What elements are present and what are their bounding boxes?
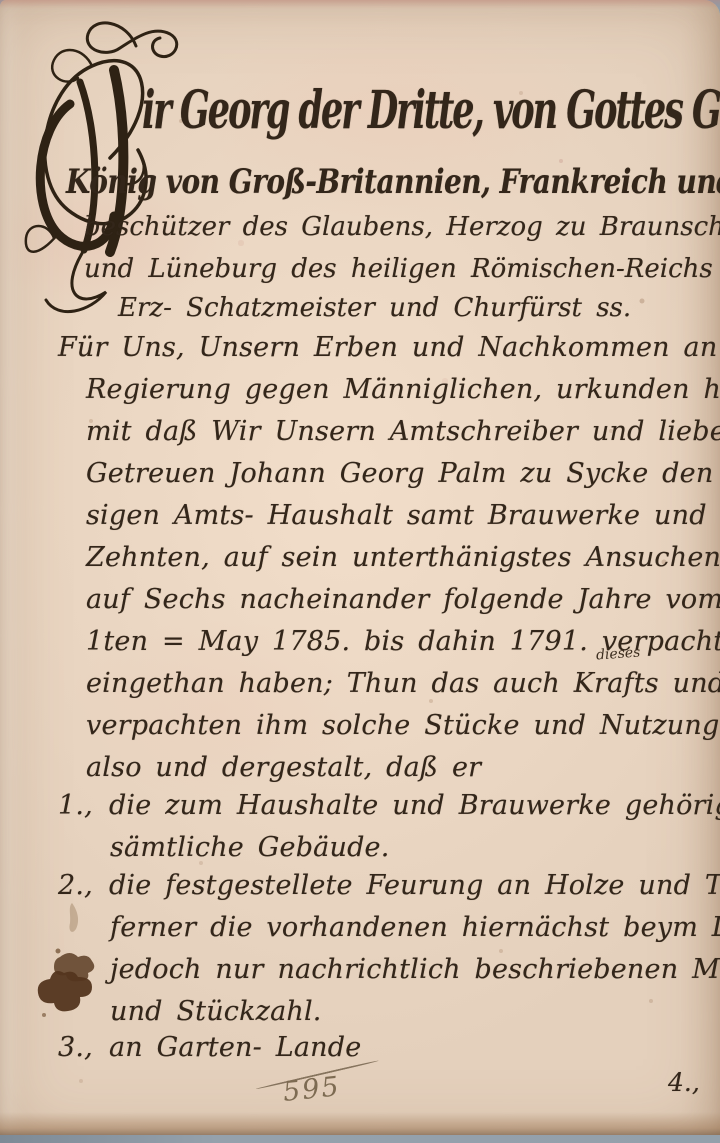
body-line: auf Sechs nacheinander folgende Jahre vo… bbox=[86, 584, 720, 615]
body-line: also und dergestalt, daß er bbox=[86, 752, 481, 783]
list-item-line: und Stückzahl. bbox=[110, 996, 322, 1027]
list-number: 1., bbox=[58, 790, 93, 821]
manuscript-page: ir Georg der Dritte, von Gottes Gnaden K… bbox=[0, 0, 720, 1143]
body-line: Für Uns, Unsern Erben und Nachkommen an … bbox=[58, 332, 720, 363]
subtitle-line: Erz- Schatzmeister und Churfürst ss. bbox=[118, 293, 631, 323]
subtitle-line: König von Groß-Britannien, Frankreich un… bbox=[66, 162, 720, 202]
list-number: 3., bbox=[58, 1032, 93, 1063]
body-line: verpachten ihm solche Stücke und Nutzung… bbox=[86, 710, 720, 741]
list-item-line: jedoch nur nachrichtlich beschriebenen M… bbox=[110, 954, 720, 985]
list-text: die festgestellete Feurung an Holze und … bbox=[109, 870, 720, 901]
body-line: Getreuen Johann Georg Palm zu Sycke den … bbox=[86, 458, 720, 489]
list-item-line: 2.,die festgestellete Feurung an Holze u… bbox=[58, 870, 720, 901]
body-line: Zehnten, auf sein unterthänigstes Ansuch… bbox=[86, 542, 720, 573]
page-title: ir Georg der Dritte, von Gottes Gnaden bbox=[142, 80, 720, 142]
list-item-line: 3.,an Garten- Lande bbox=[58, 1032, 361, 1063]
body-line: eingethan haben; Thun das auch Krafts un… bbox=[86, 668, 720, 699]
page-number: 4., bbox=[668, 1068, 700, 1097]
body-line: Regierung gegen Männiglichen, urkunden h… bbox=[86, 374, 720, 405]
subtitle-line: beschützer des Glaubens, Herzog zu Braun… bbox=[84, 212, 720, 242]
body-line: sigen Amts- Haushalt samt Brauwerke und bbox=[86, 500, 707, 531]
scan-background-strip bbox=[0, 1135, 720, 1143]
list-text: die zum Haushalte und Brauwerke gehörige bbox=[109, 790, 720, 821]
subtitle-line: und Lüneburg des heiligen Römischen-Reic… bbox=[84, 254, 713, 284]
list-item-line: sämtliche Gebäude. bbox=[110, 832, 390, 863]
list-item-line: 1.,die zum Haushalte und Brauwerke gehör… bbox=[58, 790, 720, 821]
body-line: mit daß Wir Unsern Amtschreiber und lieb… bbox=[86, 416, 720, 447]
page-top-edge-shadow bbox=[0, 0, 720, 8]
list-text: an Garten- Lande bbox=[109, 1032, 361, 1063]
list-item-line: ferner die vorhandenen hiernächst beym L… bbox=[110, 912, 720, 943]
ink-blot bbox=[20, 895, 120, 1030]
insertion-note: dieses bbox=[595, 644, 640, 663]
archive-number-pencil: 595 bbox=[282, 1071, 342, 1108]
